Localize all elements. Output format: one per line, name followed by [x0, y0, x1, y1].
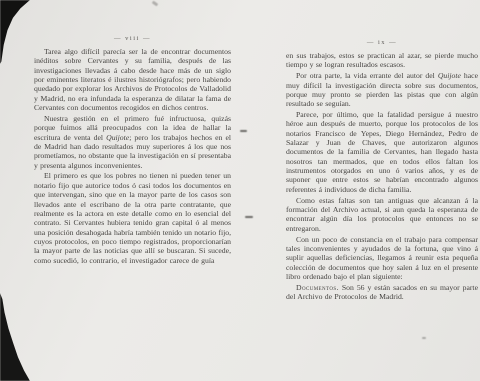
scan-speck [245, 216, 253, 218]
paragraph: El primero es que los pobres no tienen n… [34, 171, 231, 264]
paragraph: Parece, por último, que la fatalidad per… [286, 110, 478, 194]
paragraph: Nuestra gestión en el primero fué infruc… [34, 114, 231, 170]
scan-speck [422, 337, 426, 339]
page-right: — ix — en sus trabajos, estos se practic… [286, 39, 478, 303]
scan-speck [152, 1, 159, 7]
page-number-right: — ix — [286, 39, 478, 46]
paragraph: Documentos. Son 56 y están sacados en su… [286, 283, 478, 302]
paragraph: Tarea algo difícil parecía ser la de enc… [34, 47, 231, 112]
paragraph: en sus trabajos, estos se practican al a… [286, 51, 478, 70]
scan-shadow-top-left-icon [0, 0, 34, 64]
scanned-book-spread: — viii — Tarea algo difícil parecía ser … [0, 0, 480, 381]
page-left: — viii — Tarea algo difícil parecía ser … [34, 35, 231, 266]
page-number-left: — viii — [34, 35, 231, 42]
paragraph: Como estas faltas son tan antiguas que a… [286, 196, 478, 233]
paragraph: Con un poco de constancia en el trabajo … [286, 235, 478, 282]
paragraph: Por otra parte, la vida errante del auto… [286, 71, 478, 108]
scan-speck [240, 130, 247, 132]
scan-shadow-bottom-left-icon [0, 293, 30, 381]
page-right-text: en sus trabajos, estos se practican al a… [286, 51, 478, 301]
page-left-text: Tarea algo difícil parecía ser la de enc… [34, 47, 231, 265]
